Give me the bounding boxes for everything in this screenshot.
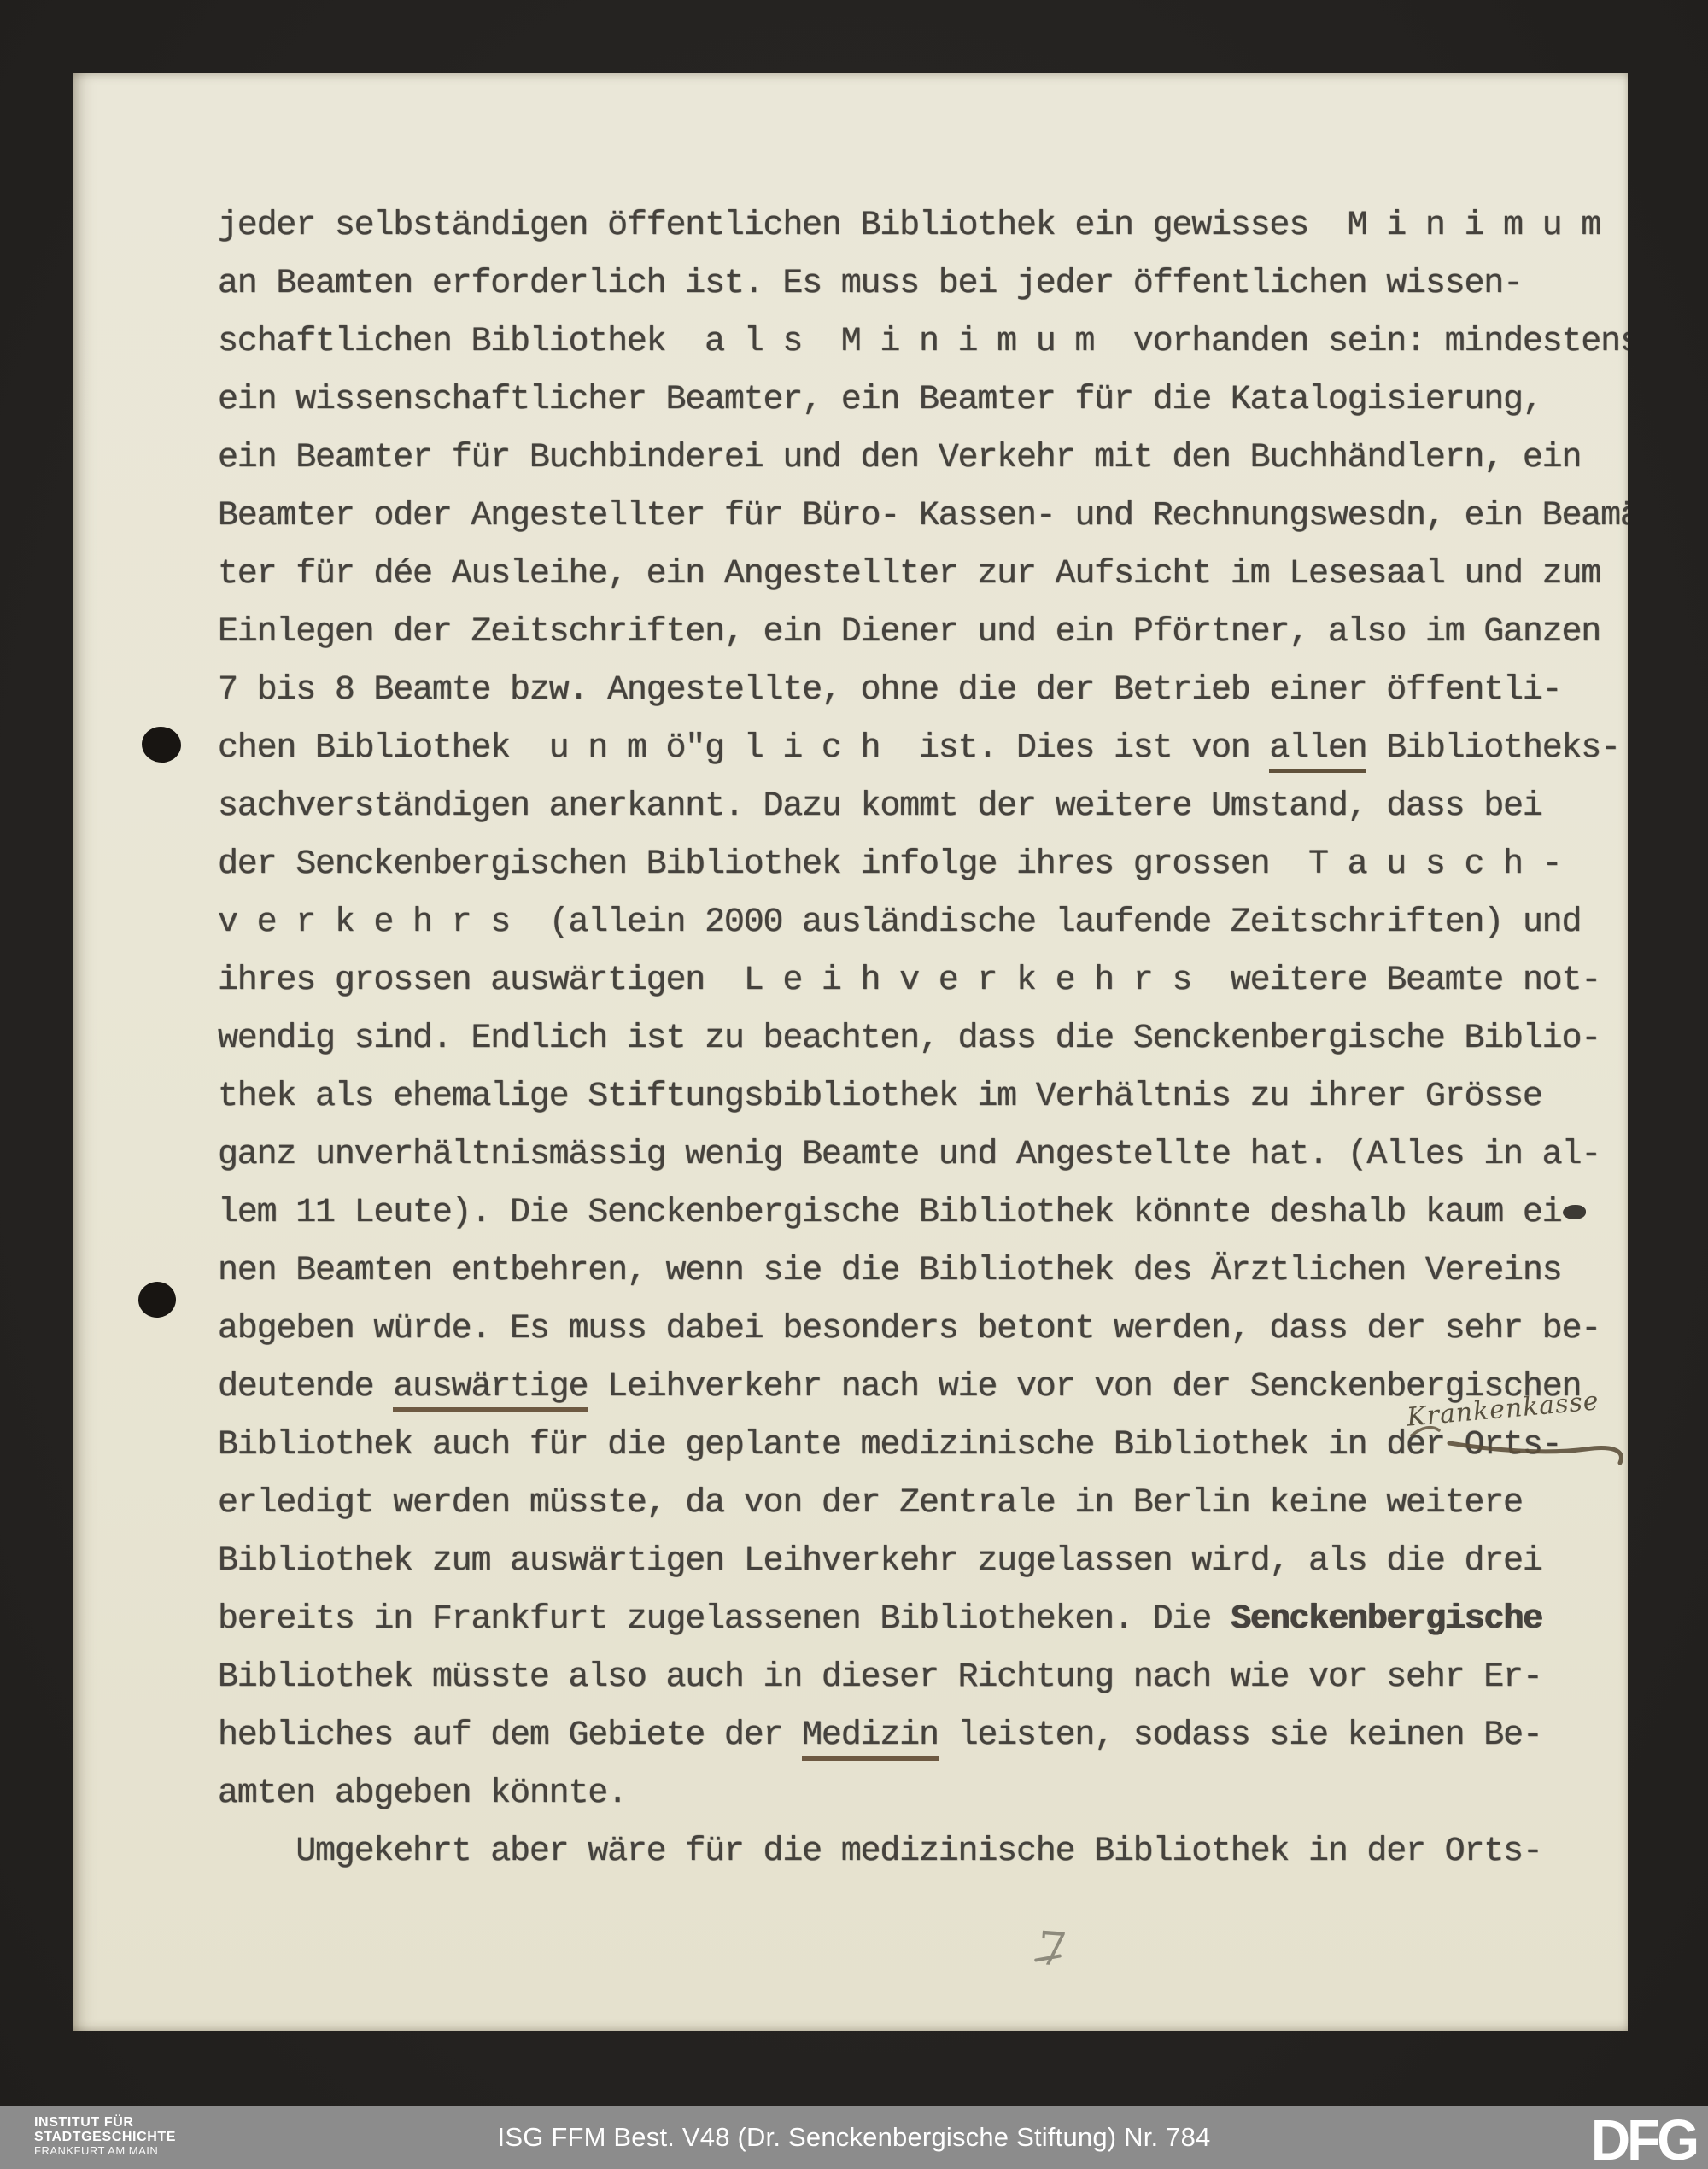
document-page: jeder selbständigen öffentlichen Bibliot… xyxy=(73,73,1628,2031)
typed-segment: thek als ehemalige Stiftungsbibliothek i… xyxy=(218,1078,1542,1116)
typed-line: v e r k e h r s (allein 2000 ausländisch… xyxy=(218,894,1628,952)
typed-segment-u-hand: Medizin xyxy=(802,1716,939,1761)
typed-segment: v e r k e h r s (allein 2000 ausländisch… xyxy=(218,903,1581,942)
typed-segment: ganz unverhältnismässig wenig Beamte und… xyxy=(218,1136,1600,1174)
typed-line: bereits in Frankfurt zugelassenen Biblio… xyxy=(218,1591,1628,1649)
typed-segment: Bibliotheks- xyxy=(1366,729,1619,768)
typed-segment: bereits in Frankfurt zugelassenen Biblio… xyxy=(218,1600,1231,1639)
typed-line: ein Beamter für Buchbinderei und den Ver… xyxy=(218,430,1628,488)
typed-line: ihres grossen auswärtigen L e i h v e r … xyxy=(218,952,1628,1010)
isg-logo-line1: INSTITUT FÜR xyxy=(34,2115,176,2130)
typed-segment: schaftlichen Bibliothek a l s M i n i m … xyxy=(218,323,1628,361)
typed-text-block: jeder selbständigen öffentlichen Bibliot… xyxy=(218,197,1628,1881)
typed-segment: leisten, sodass sie keinen Be- xyxy=(939,1716,1542,1755)
archive-reference: ISG FFM Best. V48 (Dr. Senckenbergische … xyxy=(498,2122,1211,2153)
typed-segment: 7 bis 8 Beamte bzw. Angestellte, ohne di… xyxy=(218,671,1561,710)
typed-segment-u-typed: allen xyxy=(1269,729,1366,773)
typed-segment: nen Beamten entbehren, wenn sie die Bibl… xyxy=(218,1252,1561,1290)
typed-segment-u-hand: auswärtige xyxy=(393,1368,588,1412)
typed-line: an Beamten erforderlich ist. Es muss bei… xyxy=(218,255,1628,313)
typed-segment: ter für dée Ausleihe, ein Angestellter z… xyxy=(218,555,1600,593)
typed-segment: Einlegen der Zeitschriften, ein Diener u… xyxy=(218,613,1600,652)
typed-line: erledigt werden müsste, da von der Zentr… xyxy=(218,1475,1628,1533)
punch-hole-top xyxy=(139,724,183,765)
typed-line: ganz unverhältnismässig wenig Beamte und… xyxy=(218,1126,1628,1184)
typed-segment-b: Senckenbergische xyxy=(1231,1600,1542,1639)
typed-line: 7 bis 8 Beamte bzw. Angestellte, ohne di… xyxy=(218,662,1628,720)
typed-segment: Umgekehrt aber wäre für die medizinische… xyxy=(218,1833,1542,1871)
dfg-logo: DFG xyxy=(1591,2107,1696,2169)
typed-segment: jeder selbständigen öffentlichen Bibliot… xyxy=(218,207,1600,245)
typed-line: lem 11 Leute). Die Senckenbergische Bibl… xyxy=(218,1184,1628,1242)
scan-background: jeder selbständigen öffentlichen Bibliot… xyxy=(0,0,1708,2169)
typed-line: wendig sind. Endlich ist zu beachten, da… xyxy=(218,1010,1628,1068)
typed-line: amten abgeben könnte. xyxy=(218,1765,1628,1823)
isg-logo-line3: FRANKFURT AM MAIN xyxy=(34,2144,176,2158)
isg-logo-line2: STADTGESCHICHTE xyxy=(34,2130,176,2144)
typed-line: Bibliothek müsste also auch in dieser Ri… xyxy=(218,1649,1628,1707)
typed-line: Beamter oder Angestellter für Büro- Kass… xyxy=(218,488,1628,546)
typed-line: abgeben würde. Es muss dabei besonders b… xyxy=(218,1301,1628,1359)
typed-line: der Senckenbergischen Bibliothek infolge… xyxy=(218,836,1628,894)
typed-segment: hebliches auf dem Gebiete der xyxy=(218,1716,802,1755)
typed-line: hebliches auf dem Gebiete der Medizin le… xyxy=(218,1707,1628,1765)
typed-segment: lem 11 Leute). Die Senckenbergische Bibl… xyxy=(218,1194,1561,1232)
typed-segment: ein wissenschaftlicher Beamter, ein Beam… xyxy=(218,381,1542,419)
punch-hole-bottom xyxy=(137,1280,178,1319)
typed-segment: an Beamten erforderlich ist. Es muss bei… xyxy=(218,265,1523,303)
typed-line: ein wissenschaftlicher Beamter, ein Beam… xyxy=(218,371,1628,430)
handwritten-page-number: 7 xyxy=(1036,1921,1069,1977)
typed-segment-strike: Orts- xyxy=(1464,1426,1561,1465)
typed-segment: Bibliothek auch für die geplante medizin… xyxy=(218,1426,1464,1465)
typed-line: ter für dée Ausleihe, ein Angestellter z… xyxy=(218,546,1628,604)
typed-segment: deutende xyxy=(218,1368,393,1406)
typed-segment: der Senckenbergischen Bibliothek infolge… xyxy=(218,845,1561,884)
typed-segment: wendig sind. Endlich ist zu beachten, da… xyxy=(218,1020,1600,1058)
typed-segment: amten abgeben könnte. xyxy=(218,1774,627,1813)
typed-line: Bibliothek zum auswärtigen Leihverkehr z… xyxy=(218,1533,1628,1591)
typed-line: chen Bibliothek u n m ö"g l i c h ist. D… xyxy=(218,720,1628,778)
typed-segment: ihres grossen auswärtigen L e i h v e r … xyxy=(218,962,1600,1000)
typed-line: jeder selbständigen öffentlichen Bibliot… xyxy=(218,197,1628,255)
typed-segment: ein Beamter für Buchbinderei und den Ver… xyxy=(218,439,1581,477)
typed-line: nen Beamten entbehren, wenn sie die Bibl… xyxy=(218,1242,1628,1301)
typed-segment: Beamter oder Angestellter für Büro- Kass… xyxy=(218,497,1628,535)
typed-segment: Bibliothek zum auswärtigen Leihverkehr z… xyxy=(218,1542,1542,1581)
typed-line: Einlegen der Zeitschriften, ein Diener u… xyxy=(218,604,1628,662)
typed-segment: sachverständigen anerkannt. Dazu kommt d… xyxy=(218,787,1542,826)
typed-line: Umgekehrt aber wäre für die medizinische… xyxy=(218,1823,1628,1881)
footer-bar: INSTITUT FÜR STADTGESCHICHTE FRANKFURT A… xyxy=(0,2106,1708,2169)
typed-segment: Bibliothek müsste also auch in dieser Ri… xyxy=(218,1658,1542,1697)
typed-segment: abgeben würde. Es muss dabei besonders b… xyxy=(218,1310,1600,1348)
isg-logo: INSTITUT FÜR STADTGESCHICHTE FRANKFURT A… xyxy=(34,2115,176,2158)
typed-line: sachverständigen anerkannt. Dazu kommt d… xyxy=(218,778,1628,836)
typed-segment: erledigt werden müsste, da von der Zentr… xyxy=(218,1484,1523,1523)
typed-segment: chen Bibliothek u n m ö"g l i c h ist. D… xyxy=(218,729,1269,768)
typed-line: thek als ehemalige Stiftungsbibliothek i… xyxy=(218,1068,1628,1126)
typed-segment-blob xyxy=(1563,1205,1586,1219)
typed-line: schaftlichen Bibliothek a l s M i n i m … xyxy=(218,313,1628,371)
